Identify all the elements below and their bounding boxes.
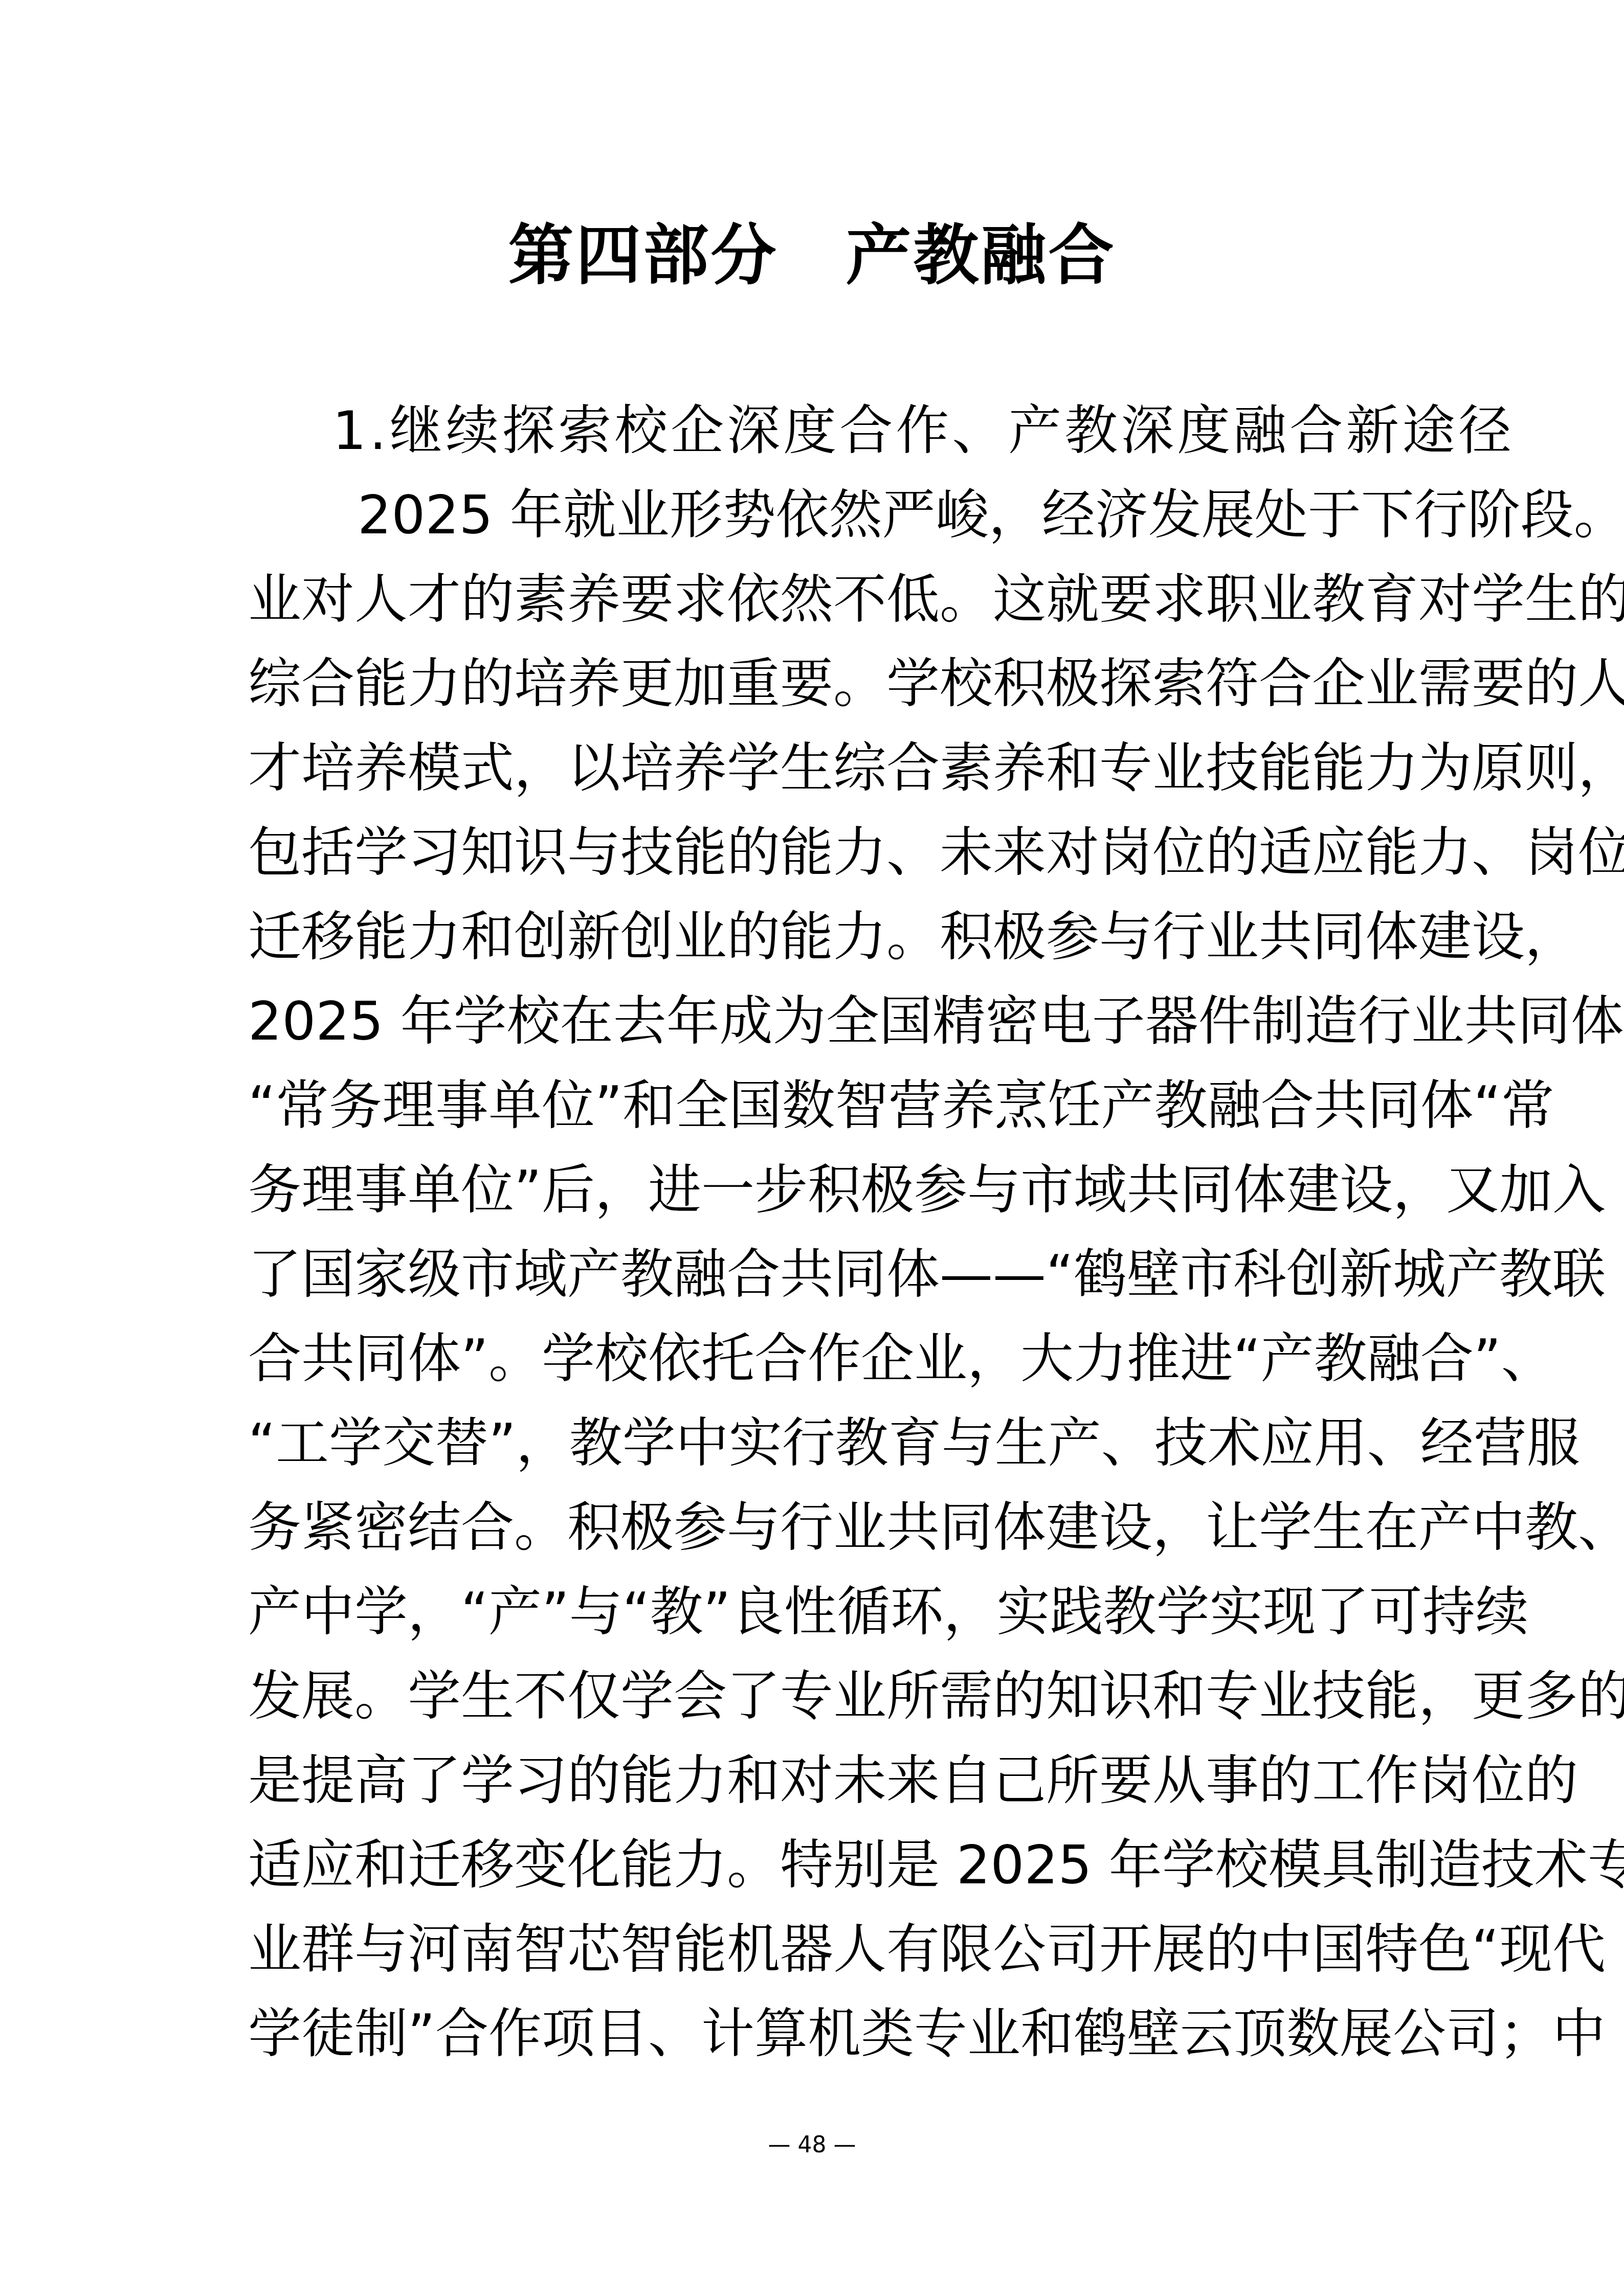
paragraph-line: 务紧密结合。积极参与行业共同体建设，让学生在产中教、 — [248, 1485, 1378, 1570]
paragraph-line: “常务理事单位”和全国数智营养烹饪产教融合共同体“常 — [248, 1064, 1378, 1148]
paragraph-line: 包括学习知识与技能的能力、未来对岗位的适应能力、岗位 — [248, 811, 1378, 895]
paragraph-line: 发展。学生不仅学会了专业所需的知识和专业技能，更多的 — [248, 1654, 1378, 1739]
paragraph-line: “工学交替”，教学中实行教育与生产、技术应用、经营服 — [248, 1401, 1378, 1485]
paragraph-line: 业群与河南智芯智能机器人有限公司开展的中国特色“现代 — [248, 1907, 1378, 1992]
paragraph-line: 是提高了学习的能力和对未来自己所要从事的工作岗位的 — [248, 1739, 1378, 1823]
paragraph-line: 才培养模式，以培养学生综合素养和专业技能能力为原则， — [248, 726, 1378, 811]
paragraph-line: 适应和迁移变化能力。特别是 2025 年学校模具制造技术专 — [248, 1823, 1378, 1907]
paragraph-line: 2025 年学校在去年成为全国精密电子器件制造行业共同体 — [248, 979, 1378, 1064]
paragraph-line: 了国家级市域产教融合共同体——“鹤壁市科创新城产教联 — [248, 1232, 1378, 1317]
body-paragraph: 2025 年就业形势依然严峻，经济发展处于下行阶段。企 业对人才的素养要求依然不… — [248, 473, 1378, 2076]
page-number: — 48 — — [0, 2130, 1624, 2160]
paragraph-line: 产中学，“产”与“教”良性循环，实践教学实现了可持续 — [248, 1570, 1378, 1654]
paragraph-line: 2025 年就业形势依然严峻，经济发展处于下行阶段。企 — [248, 473, 1378, 557]
paragraph-line: 综合能力的培养更加重要。学校积极探索符合企业需要的人 — [248, 642, 1378, 726]
paragraph-line: 业对人才的素养要求依然不低。这就要求职业教育对学生的 — [248, 557, 1378, 642]
paragraph-line: 合共同体”。学校依托合作企业，大力推进“产教融合”、 — [248, 1317, 1378, 1401]
paragraph-line: 务理事单位”后，进一步积极参与市域共同体建设，又加入 — [248, 1148, 1378, 1232]
page-title: 第四部分 产教融合 — [0, 215, 1624, 297]
section-heading: 1.继续探索校企深度合作、产教深度融合新途径 — [332, 389, 1515, 473]
paragraph-line: 迁移能力和创新创业的能力。积极参与行业共同体建设， — [248, 895, 1378, 979]
paragraph-line: 学徒制”合作项目、计算机类专业和鹤壁云顶数展公司；中 — [248, 1992, 1378, 2076]
